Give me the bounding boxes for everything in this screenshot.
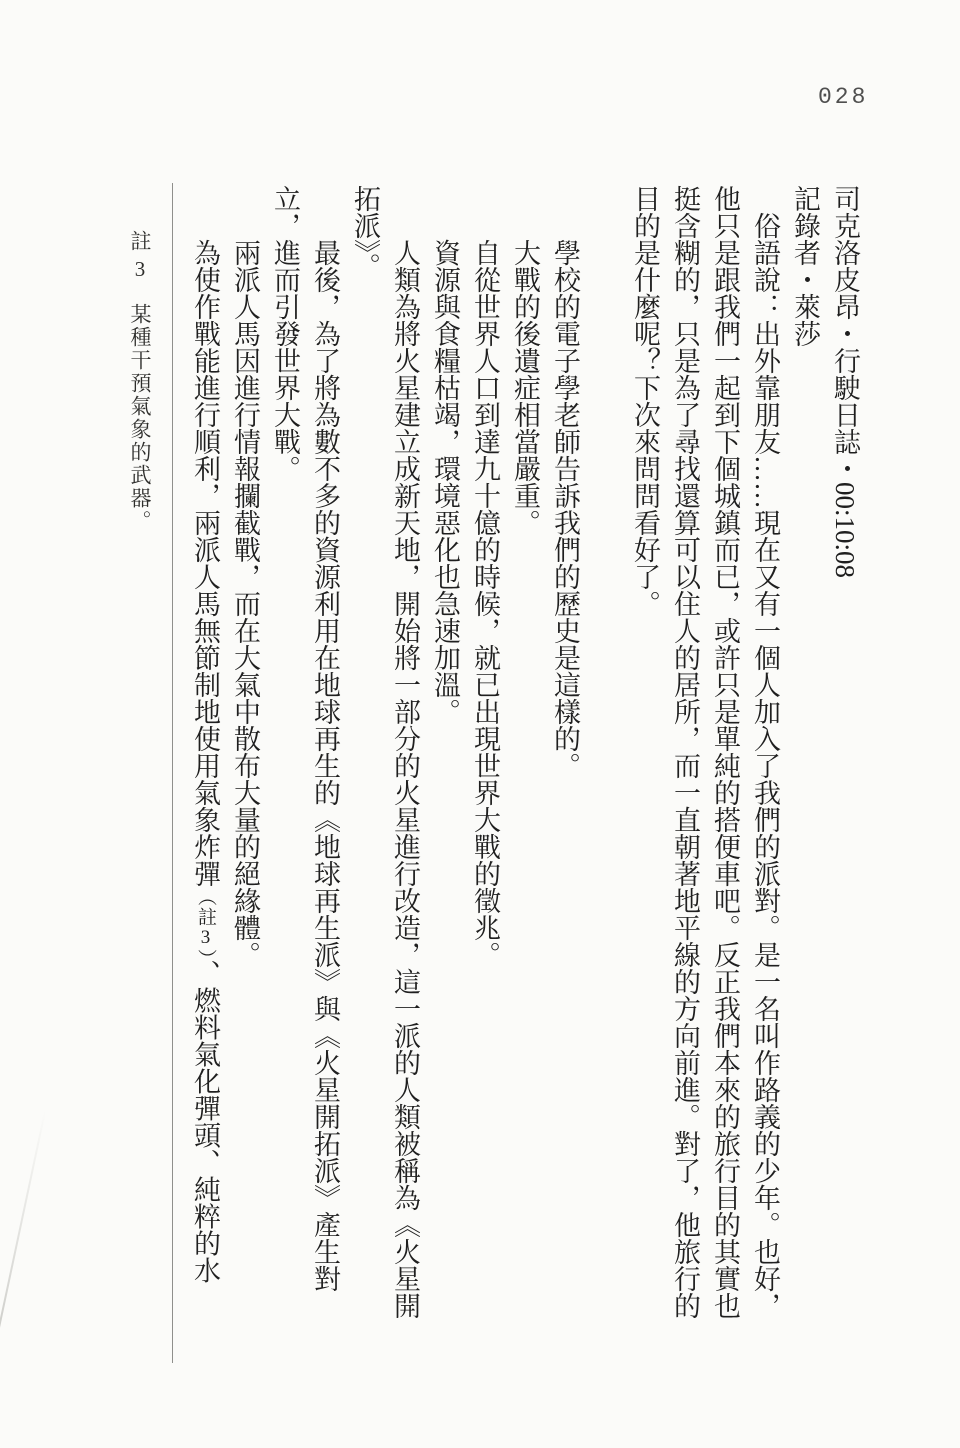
history-paragraph-population: 自從世界人口到達九十億的時候，就已出現世界大戰的徵兆。 xyxy=(465,185,505,1319)
log-recorder: 記錄者・萊莎 xyxy=(785,185,825,1319)
history-paragraph-resources: 資源與食糧枯竭，環境惡化也急速加溫。 xyxy=(425,185,465,1319)
history-paragraph-insulators: 兩派人馬因進行情報攔截戰，而在大氣中散布大量的絕緣體。 xyxy=(225,185,265,1319)
scan-page-curl-artifact xyxy=(0,1111,46,1376)
footnote-divider-rule xyxy=(172,183,173,1363)
page-text-block: 司克洛皮昂・行駛日誌・00:10:08 記錄者・萊莎 俗語說：出外靠朋友……現在… xyxy=(185,185,865,1319)
history-paragraph-weapons: 為使作戰能進行順利，兩派人馬無節制地使用氣象炸彈（註3）、燃料氣化彈頭、純粹的水 xyxy=(185,185,225,1319)
footnote: 註3某種干預氣象的武器。 xyxy=(119,230,161,1330)
log-title: 司克洛皮昂・行駛日誌・00:10:08 xyxy=(825,185,865,1319)
history-paragraph-mars-pioneers: 人類為將火星建立成新天地，開始將一部分的火星進行改造，這一派的人類被稱為《火星開… xyxy=(345,185,425,1319)
note-close-paren: ） xyxy=(195,949,216,960)
footnote-number: 3 xyxy=(128,257,152,283)
note-number: 3 xyxy=(195,927,216,949)
history-paragraph-aftermath: 大戰的後遺症相當嚴重。 xyxy=(505,185,545,1319)
history-section: 學校的電子學老師告訴我們的歷史是這樣的。 大戰的後遺症相當嚴重。 自從世界人口到… xyxy=(185,185,585,1319)
history-paragraph-world-war: 最後，為了將為數不多的資源利用在地球再生的《地球再生派》與《火星開拓派》產生對立… xyxy=(265,185,345,1319)
history-paragraph-intro: 學校的電子學老師告訴我們的歷史是這樣的。 xyxy=(545,185,585,1319)
log-entry: 俗語說：出外靠朋友……現在又有一個人加入了我們的派對。是一名叫作路義的少年。也好… xyxy=(625,185,785,1319)
footnote-ref-inline: （註3） xyxy=(195,887,216,960)
note-label: 註 xyxy=(195,907,216,927)
footnote-label: 註 xyxy=(128,230,152,253)
weapons-text-after: 、燃料氣化彈頭、純粹的水 xyxy=(190,960,220,1284)
note-open-paren: （ xyxy=(195,887,216,907)
page-number: 028 xyxy=(818,84,868,110)
footnote-text: 某種干預氣象的武器。 xyxy=(128,303,152,533)
book-page: 028 司克洛皮昂・行駛日誌・00:10:08 記錄者・萊莎 俗語說：出外靠朋友… xyxy=(0,0,960,1448)
log-section: 司克洛皮昂・行駛日誌・00:10:08 記錄者・萊莎 俗語說：出外靠朋友……現在… xyxy=(625,185,865,1319)
weapons-text-before: 為使作戰能進行順利，兩派人馬無節制地使用氣象炸彈 xyxy=(190,239,220,887)
